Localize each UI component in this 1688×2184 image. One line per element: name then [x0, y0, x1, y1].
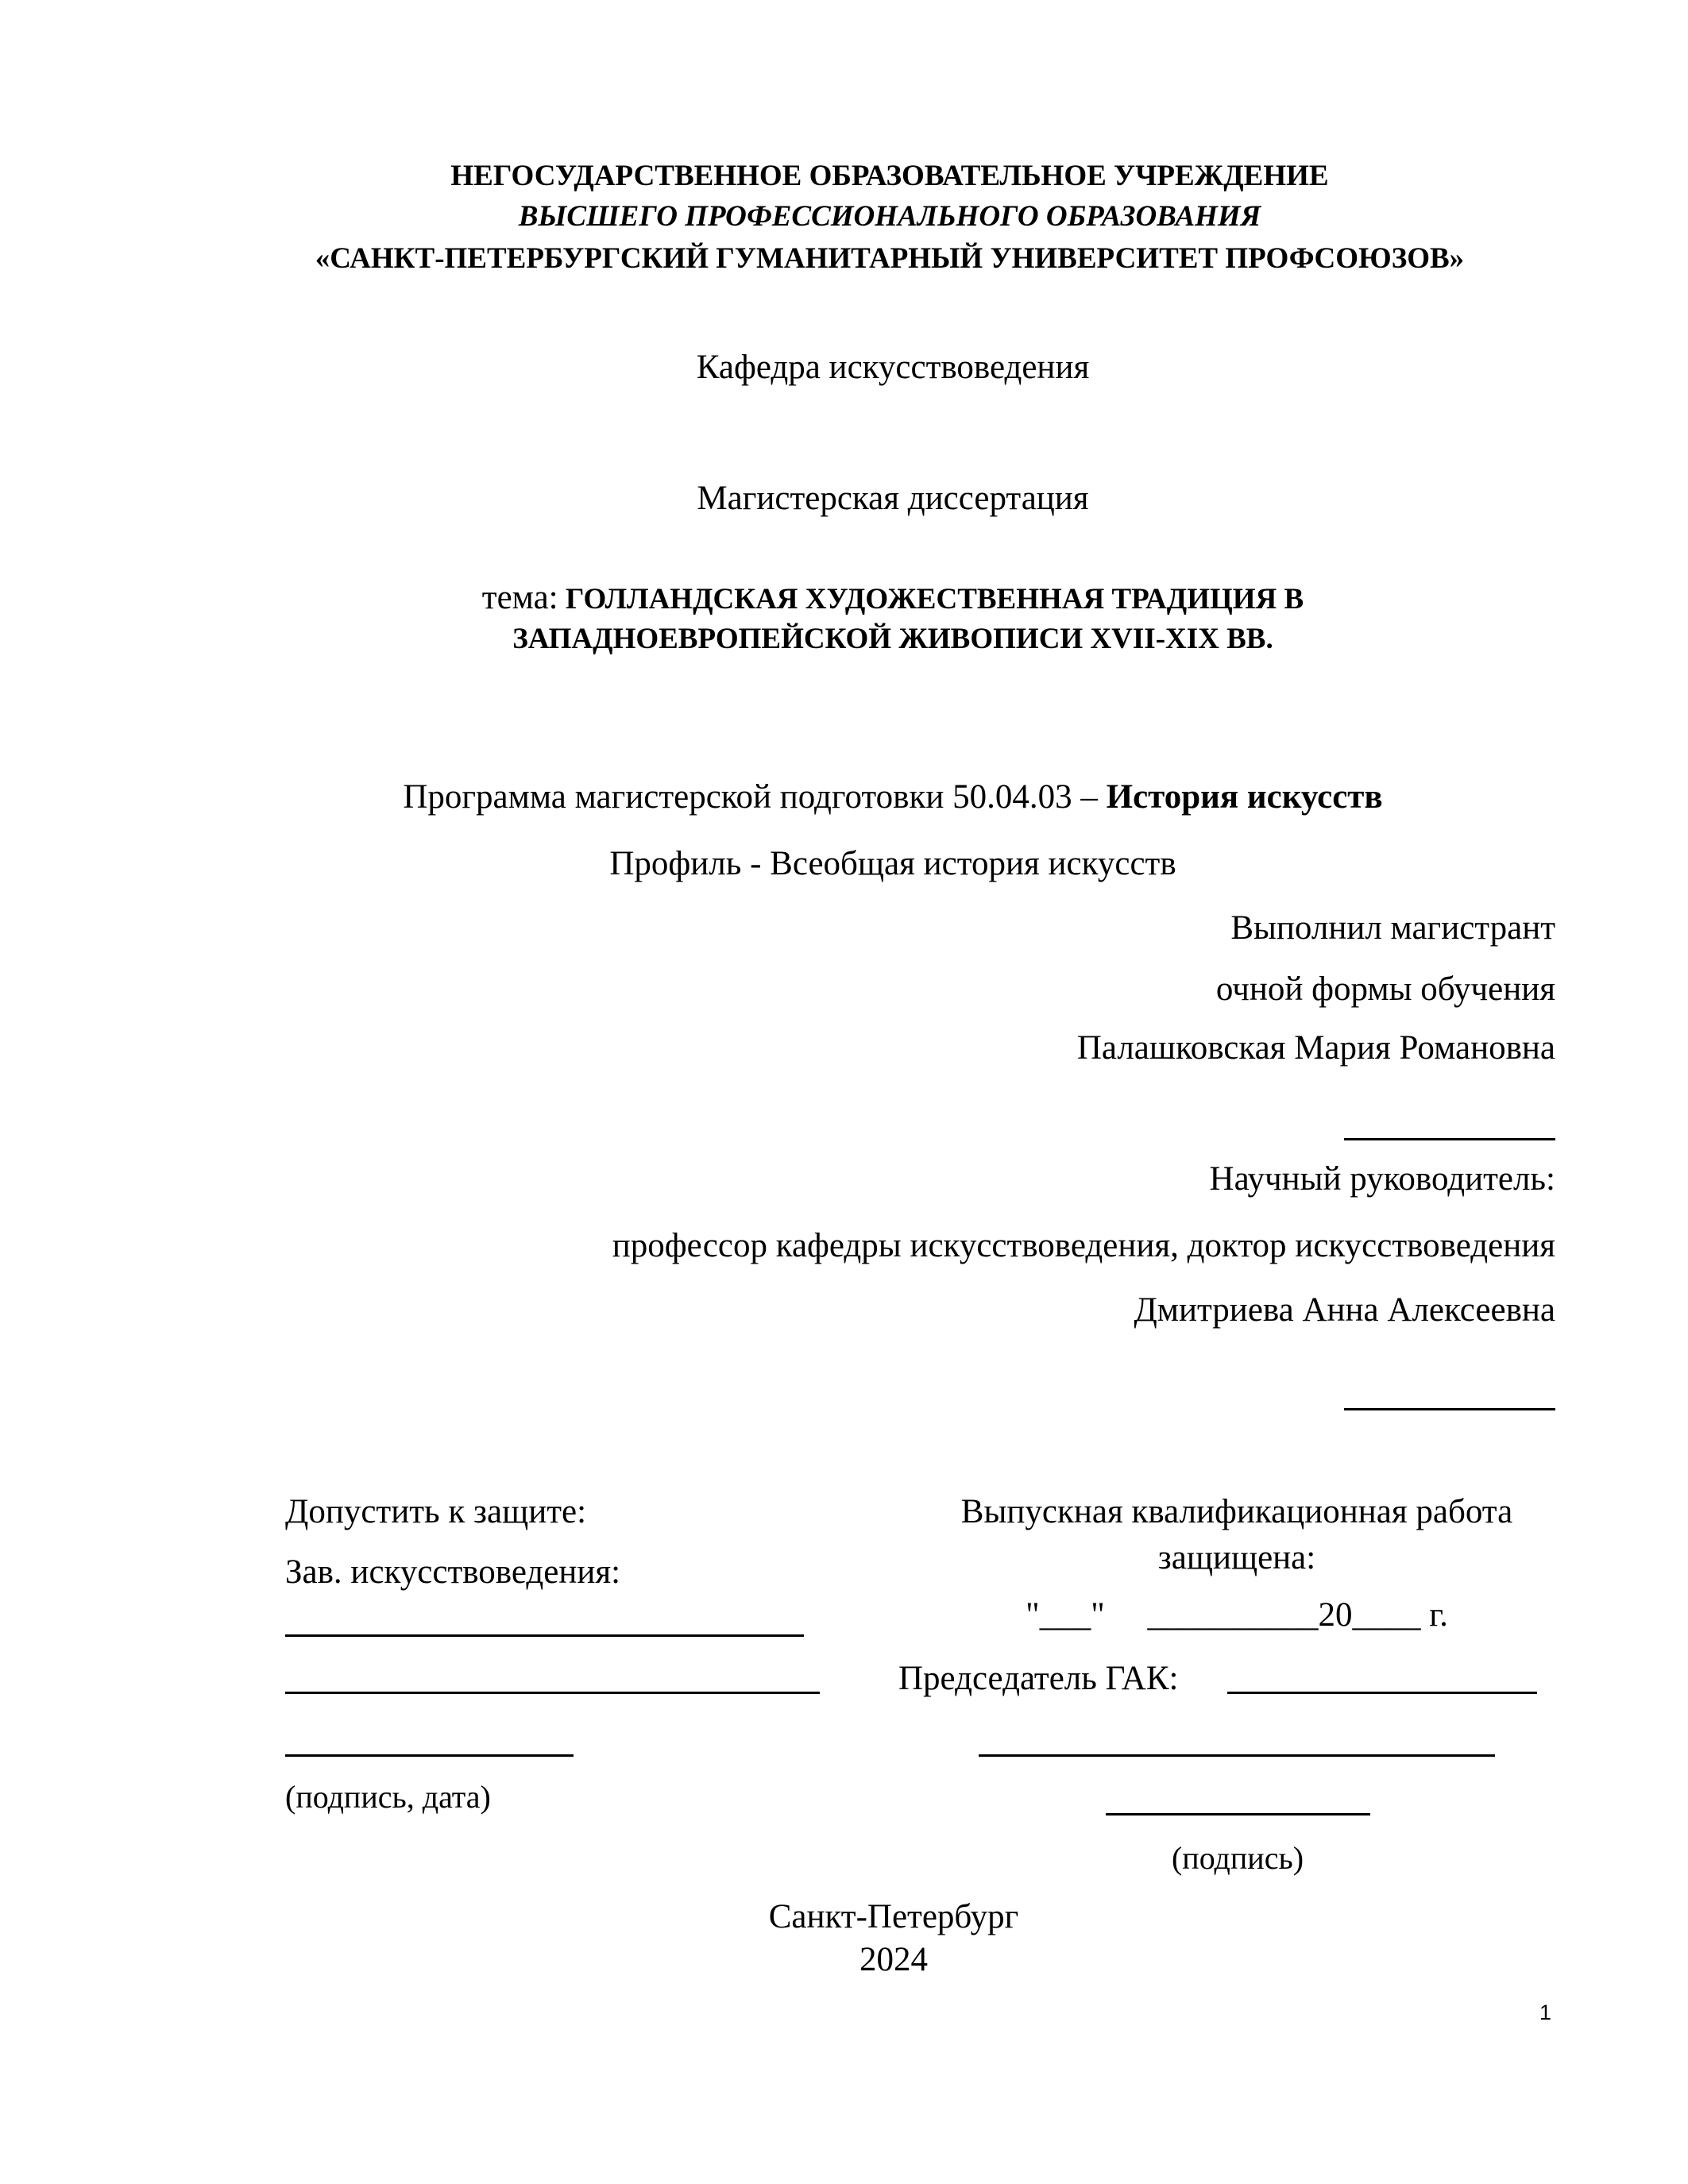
program-name: История искусств — [1107, 778, 1383, 816]
institution-line-3: «САНКТ-ПЕТЕРБУРГСКИЙ ГУМАНИТАРНЫЙ УНИВЕР… — [315, 244, 1464, 273]
city: Санкт-Петербург — [769, 1900, 1019, 1934]
defense-date: "___" __________20____ г. — [1026, 1598, 1448, 1632]
author-study-form: очной формы обучения — [1216, 972, 1555, 1006]
defense-line-3 — [979, 1754, 1495, 1757]
admission-line-2 — [285, 1692, 820, 1694]
topic-colon: : — [549, 579, 558, 616]
supervisor-signature-line — [1344, 1408, 1555, 1410]
program-prefix: Программа магистерской подготовки 50.04.… — [403, 778, 1106, 816]
topic-line-1: тема: ГОЛЛАНДСКАЯ ХУДОЖЕСТВЕННАЯ ТРАДИЦИ… — [482, 581, 1304, 615]
supervisor-title: профессор кафедры искусствоведения, докт… — [612, 1229, 1555, 1263]
admission-head: Зав. искусствоведения: — [285, 1555, 620, 1589]
defense-line-1: Выпускная квалификационная работа — [961, 1495, 1512, 1529]
page-number: 1 — [1539, 2002, 1551, 2024]
defense-line-2: защищена: — [1158, 1541, 1315, 1575]
topic-line-2: ЗАПАДНОЕВРОПЕЙСКОЙ ЖИВОПИСИ XVII-XIX ВВ. — [512, 624, 1273, 654]
institution-line-1: НЕГОСУДАРСТВЕННОЕ ОБРАЗОВАТЕЛЬНОЕ УЧРЕЖД… — [450, 161, 1328, 191]
admission-signature-line — [285, 1754, 574, 1757]
work-type: Магистерская диссертация — [697, 481, 1088, 515]
department: Кафедра искусствоведения — [697, 350, 1089, 384]
author-name: Палашковская Мария Романовна — [1077, 1031, 1555, 1065]
author-signature-line — [1344, 1138, 1555, 1140]
topic-title-part-1: ГОЛЛАНДСКАЯ ХУДОЖЕСТВЕННАЯ ТРАДИЦИЯ В — [558, 583, 1304, 615]
defense-caption: (подпись) — [1172, 1843, 1304, 1874]
institution-line-2: ВЫСШЕГО ПРОФЕССИОНАЛЬНОГО ОБРАЗОВАНИЯ — [519, 202, 1261, 231]
supervisor-label: Научный руководитель: — [1210, 1162, 1555, 1196]
supervisor-name: Дмитриева Анна Алексеевна — [1134, 1293, 1555, 1327]
defense-chair-label: Председатель ГАК: — [898, 1661, 1178, 1696]
admission-line-1 — [285, 1634, 804, 1637]
year: 2024 — [859, 1943, 928, 1977]
admission-caption: (подпись, дата) — [285, 1781, 491, 1813]
admission-label: Допустить к защите: — [285, 1495, 586, 1529]
profile: Профиль - Всеобщая история искусств — [609, 847, 1176, 881]
defense-chair-line — [1227, 1692, 1537, 1694]
author-label: Выполнил магистрант — [1230, 911, 1555, 945]
topic-lead: тема — [482, 579, 549, 616]
program: Программа магистерской подготовки 50.04.… — [403, 780, 1382, 814]
defense-signature-line — [1106, 1813, 1370, 1815]
